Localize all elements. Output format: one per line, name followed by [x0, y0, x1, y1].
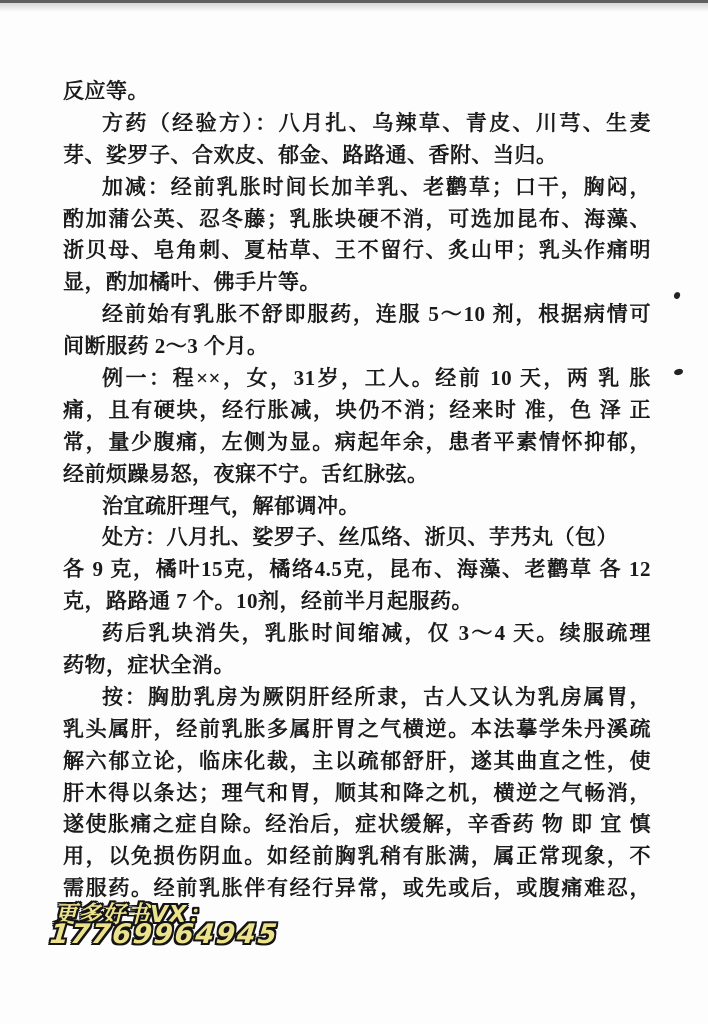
text-line: 经前始有乳胀不舒即服药，连服 5～10 剂，根据病情可 [63, 299, 651, 331]
text-line: 用，以免损伤阴血。如经前胸乳稍有胀满，属正常现象，不 [63, 841, 651, 873]
watermark-phone-number: 17769964945 [48, 919, 280, 950]
text-line: 各 9 克，橘叶15克，橘络4.5克，昆布、海藻、老鹳草 各 12 [63, 554, 651, 586]
page-text-block: 反应等。 方药（经验方）：八月扎、乌辣草、青皮、川芎、生麦 芽、娑罗子、合欢皮、… [63, 76, 651, 905]
scan-top-fade [0, 3, 708, 12]
text-line: 常，量少腹痛，左侧为显。病起年余，患者平素情怀抑郁， [63, 427, 651, 459]
text-line: 药物，症状全消。 [63, 650, 651, 682]
text-line: 痛，且有硬块，经行胀减，块仍不消；经来时 准，色 泽 正 [63, 395, 651, 427]
text-line: 显，酌加橘叶、佛手片等。 [63, 267, 651, 299]
text-line: 处方：八月扎、娑罗子、丝瓜络、浙贝、芋艿丸（包） [63, 522, 651, 554]
text-line: 方药（经验方）：八月扎、乌辣草、青皮、川芎、生麦 [63, 108, 651, 140]
text-line: 解六郁立论，临床化裁，主以疏郁舒肝，遂其曲直之性，使 [63, 746, 651, 778]
text-line: 反应等。 [63, 76, 651, 108]
text-line: 浙贝母、皂角刺、夏枯草、王不留行、炙山甲；乳头作痛明 [63, 235, 651, 267]
text-line: 酌加蒲公英、忍冬藤；乳胀块硬不消，可选加昆布、海藻、 [63, 204, 651, 236]
ink-speck [673, 291, 681, 299]
text-line: 例一：程××，女，31岁，工人。经前 10 天，两 乳 胀 [63, 363, 651, 395]
text-line: 遂使胀痛之症自除。经治后，症状缓解，辛香药 物 即 宜 慎 [63, 809, 651, 841]
text-line: 药后乳块消失，乳胀时间缩减，仅 3～4 天。续服疏理 [63, 618, 651, 650]
text-line: 克，路路通 7 个。10剂，经前半月起服药。 [63, 586, 651, 618]
text-line: 肝木得以条达；理气和胃，顺其和降之机，横逆之气畅消， [63, 778, 651, 810]
text-line: 芽、娑罗子、合欢皮、郁金、路路通、香附、当归。 [63, 140, 651, 172]
ink-speck [674, 368, 684, 375]
text-line: 乳头属肝，经前乳胀多属肝胃之气横逆。本法摹学朱丹溪疏 [63, 714, 651, 746]
text-line: 间断服药 2～3 个月。 [63, 331, 651, 363]
text-line: 经前烦躁易怒，夜寐不宁。舌红脉弦。 [63, 459, 651, 491]
text-line: 加减：经前乳胀时间长加羊乳、老鹳草；口干，胸闷， [63, 172, 651, 204]
text-line: 按：胸肋乳房为厥阴肝经所隶，古人又认为乳房属胃， [63, 682, 651, 714]
text-line: 治宜疏肝理气，解郁调冲。 [63, 491, 651, 523]
